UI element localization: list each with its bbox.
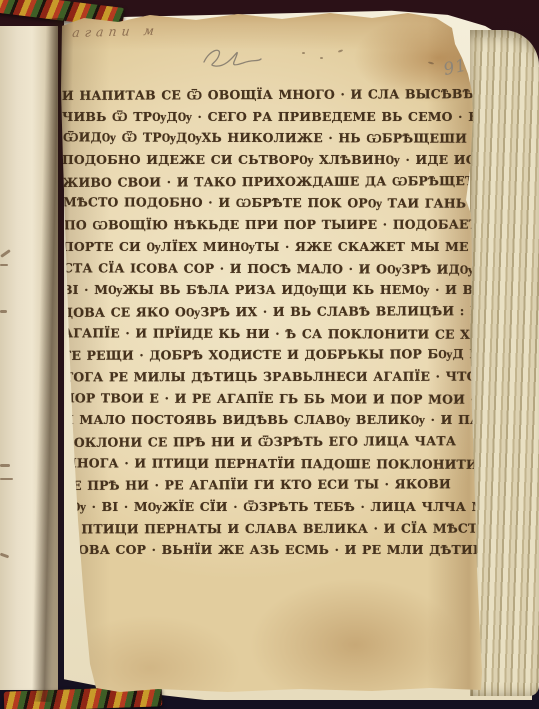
ink-speck: [428, 61, 434, 64]
text-line: ѿидѹ ѿ трѹдѹхь николиже · нь ѡбрѣщеши мѣ…: [63, 127, 465, 150]
manuscript-photo: агапи м 91 и напитав се ѿ овощїа много ·…: [0, 0, 539, 709]
text-line: подобно идеже си сьтворѹ хлѣвинѹ · иде и…: [62, 149, 464, 171]
ghost-text-mark: [0, 464, 10, 467]
ghost-text-mark: [0, 249, 11, 258]
ghost-text-mark: [0, 553, 9, 559]
ghost-text-mark: [0, 310, 7, 313]
text-line: и напитав се ѿ овощїа много · и сла высѣ…: [62, 83, 464, 106]
text-line: агапїе · и прїиде кь ни · ѣ са поклонити…: [63, 322, 465, 345]
text-line: дова се яко оѹзрѣ их · и вь славѣ велицѣ…: [62, 300, 464, 323]
ink-speck: [302, 52, 305, 54]
text-line: хѹ · ві · мѹжїе сїи · ѿзрѣть тебѣ · лица…: [62, 496, 464, 518]
text-line: поклони се прѣ ни и ѿзрѣть его лица чата: [62, 430, 464, 453]
fore-edge-stack: [470, 30, 539, 696]
text-line: тога ре милы дѣтиць зравьлнеси агапїе · …: [64, 366, 466, 388]
text-line: ві · мѹжы вь бѣла риза идѹщи кь немѹ · и…: [62, 279, 464, 301]
ink-speck: [320, 57, 323, 59]
pen-trial-scribble: [198, 42, 264, 72]
text-line: и птици пернаты и слава велика · и сїа м…: [64, 517, 466, 539]
text-line: ста сїа ісова сор · и посѣ мало · и оѹзр…: [63, 257, 465, 280]
text-line: и мало постоявь видѣвь славѹ великѹ · и …: [62, 409, 464, 431]
text-line: чивь ѿ трѹдѹ · сего ра приведеме вь семо…: [62, 106, 464, 128]
ink-speck: [338, 49, 343, 53]
text-line: порте си ѹлїех минѹты · яже скажет мы ме: [62, 236, 464, 258]
text-line: живо свои · и тако прихождаше да ѡбрѣщет…: [62, 170, 464, 193]
text-block: и напитав се ѿ овощїа много · и сла высѣ…: [62, 84, 464, 561]
text-line: се прѣ ни · ре агапїи ги кто еси ты · як…: [62, 473, 464, 496]
text-line: мѣсто подобно · и ѡбрѣте пок орѹ таи ган…: [63, 192, 465, 215]
text-line: многа · и птици пернатїи падоше поклонит…: [63, 452, 465, 475]
ghost-text-mark: [0, 478, 13, 480]
ghost-text-mark: [0, 264, 8, 266]
text-line: ісова сор · вьнїи же азь есмь · и ре мли…: [62, 539, 464, 561]
text-line: пор твои е · и ре агапїе гь бь мои и пор…: [63, 387, 465, 410]
text-line: те рещи · добрѣ ходисте и добрькы пор бѹ…: [62, 343, 464, 366]
text-line: по ѡвощїю нѣкьде при пор тыире · подобае…: [64, 214, 466, 236]
